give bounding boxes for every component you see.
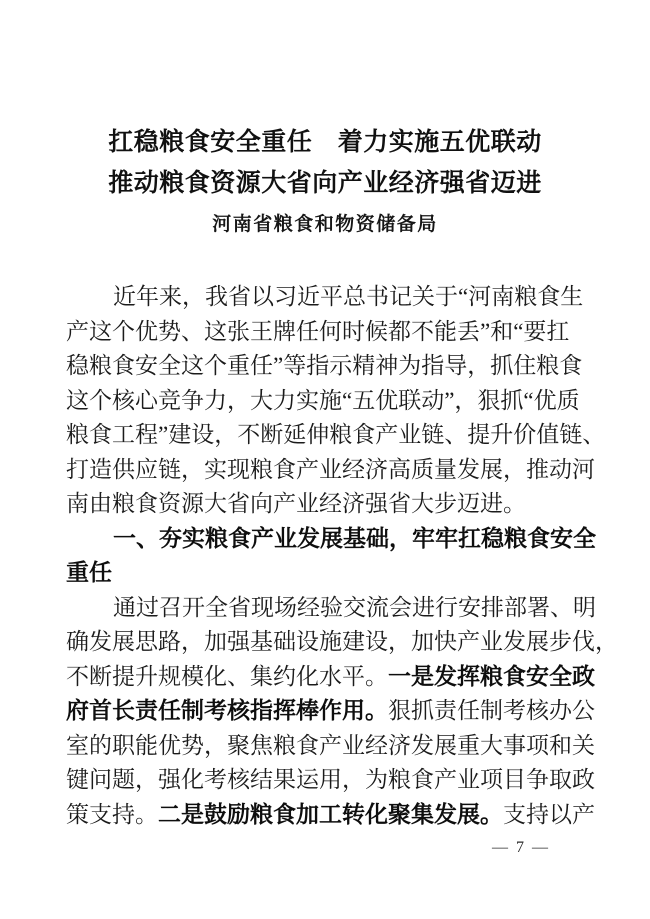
bold-text-run: 一是发挥粮食安全政 (388, 664, 595, 689)
text-line: 府首长责任制考核指挥棒作用。狠抓责任制考核办公 (66, 694, 569, 729)
text-run: 通过召开全省现场经验交流会进行安排部署、明 (113, 595, 596, 620)
text-line: 产这个优势、这张王牌任何时候都不能丢”和“要扛 (66, 315, 569, 350)
bold-text-run: 重任 (66, 560, 112, 585)
text-run: 近年来，我省以习近平总书记关于“河南粮食生 (113, 284, 583, 309)
text-run: 南由粮食资源大省向产业经济强省大步迈进。 (66, 491, 526, 516)
text-line: 通过召开全省现场经验交流会进行安排部署、明 (66, 591, 569, 626)
document-author: 河南省粮食和物资储备局 (0, 213, 650, 237)
text-run: 室的职能优势，聚焦粮食产业经济发展重大事项和关 (66, 733, 595, 758)
text-line: 策支持。二是鼓励粮食加工转化聚集发展。支持以产 (66, 798, 569, 833)
text-run: 狠抓责任制考核办公 (388, 698, 595, 723)
text-run: 产这个优势、这张王牌任何时候都不能丢”和“要扛 (66, 319, 569, 344)
page-title-line-2: 推动粮食资源大省向产业经济强省迈进 (0, 163, 650, 204)
page-title-line-1: 扛稳粮食安全重任 着力实施五优联动 (0, 122, 650, 163)
bold-text-run: 二是鼓励粮食加工转化聚集发展。 (158, 802, 503, 827)
document-page: 扛稳粮食安全重任 着力实施五优联动 推动粮食资源大省向产业经济强省迈进 河南省粮… (0, 0, 650, 919)
text-line: 一、夯实粮食产业发展基础，牢牢扛稳粮食安全 (66, 522, 569, 557)
text-run: 粮食工程”建设，不断延伸粮食产业链、提升价值链、 (66, 422, 605, 447)
text-line: 这个核心竞争力，大力实施“五优联动”，狠抓“优质 (66, 384, 569, 419)
text-run: 策支持。 (66, 802, 158, 827)
document-body: 近年来，我省以习近平总书记关于“河南粮食生产这个优势、这张王牌任何时候都不能丢”… (66, 280, 569, 832)
text-run: 打造供应链，实现粮食产业经济高质量发展，推动河 (66, 457, 595, 482)
text-line: 粮食工程”建设，不断延伸粮食产业链、提升价值链、 (66, 418, 569, 453)
text-line: 确发展思路，加强基础设施建设，加快产业发展步伐， (66, 625, 569, 660)
bold-text-run: 一、夯实粮食产业发展基础，牢牢扛稳粮食安全 (113, 526, 596, 551)
text-run: 支持以产 (503, 802, 595, 827)
text-run: 确发展思路，加强基础设施建设，加快产业发展步伐， (66, 629, 618, 654)
text-line: 南由粮食资源大省向产业经济强省大步迈进。 (66, 487, 569, 522)
text-line: 稳粮食安全这个重任”等指示精神为指导，抓住粮食 (66, 349, 569, 384)
text-line: 重任 (66, 556, 569, 591)
text-run: 键问题，强化考核结果运用，为粮食产业项目争取政 (66, 767, 595, 792)
text-line: 室的职能优势，聚焦粮食产业经济发展重大事项和关 (66, 729, 569, 764)
page-number: — 7 — (492, 839, 550, 857)
text-line: 不断提升规模化、集约化水平。一是发挥粮食安全政 (66, 660, 569, 695)
text-line: 键问题，强化考核结果运用，为粮食产业项目争取政 (66, 763, 569, 798)
text-run: 这个核心竞争力，大力实施“五优联动”，狠抓“优质 (66, 388, 580, 413)
title-block: 扛稳粮食安全重任 着力实施五优联动 推动粮食资源大省向产业经济强省迈进 河南省粮… (0, 122, 650, 237)
text-line: 打造供应链，实现粮食产业经济高质量发展，推动河 (66, 453, 569, 488)
text-run: 不断提升规模化、集约化水平。 (66, 664, 388, 689)
text-line: 近年来，我省以习近平总书记关于“河南粮食生 (66, 280, 569, 315)
text-run: 稳粮食安全这个重任”等指示精神为指导，抓住粮食 (66, 353, 582, 378)
bold-text-run: 府首长责任制考核指挥棒作用。 (66, 698, 388, 723)
